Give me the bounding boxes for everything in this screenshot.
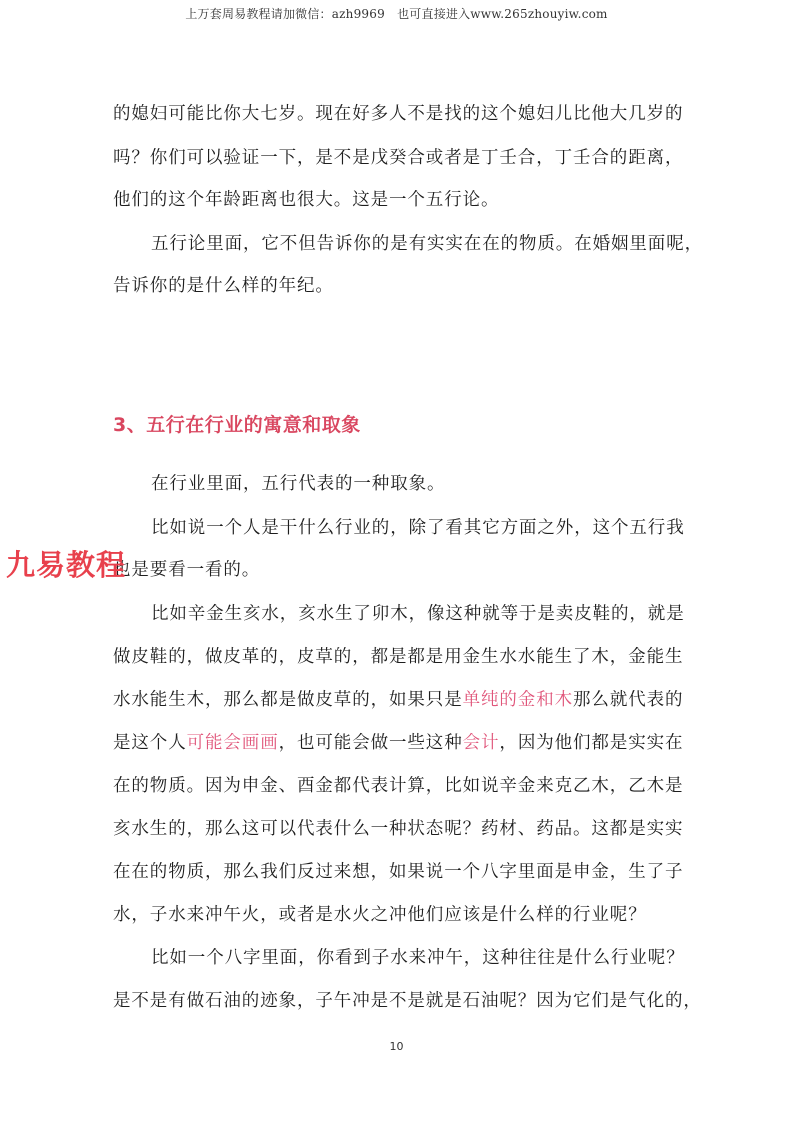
paragraph-line: 是不是有做石油的迹象，子午冲是不是就是石油呢？因为它们是气化的，: [113, 987, 702, 1012]
watermark-logo: 九易教程: [6, 543, 126, 584]
paragraph-line: 在的物质。因为申金、酉金都代表计算，比如说辛金来克乙木，乙木是: [113, 772, 683, 797]
text-segment: 水水能生木，那么都是做皮草的，如果只是: [113, 690, 463, 710]
paragraph-line: 吗？你们可以验证一下，是不是戊癸合或者是丁壬合，丁壬合的距离，: [113, 144, 683, 169]
paragraph-line: 他们的这个年龄距离也很大。这是一个五行论。: [113, 186, 499, 211]
paragraph-line: 的媳妇可能比你大七岁。现在好多人不是找的这个媳妇儿比他大几岁的: [113, 100, 683, 125]
paragraph-line: 水，子水来冲午火，或者是水火之冲他们应该是什么样的行业呢？: [113, 901, 647, 926]
paragraph-line: 亥水生的，那么这可以代表什么一种状态呢？药材、药品。这都是实实: [113, 815, 683, 840]
text-segment: 那么就代表的: [573, 690, 683, 710]
text-segment: ，也可能会做一些这种: [279, 733, 463, 753]
paragraph-line: 比如辛金生亥水，亥水生了卯木，像这种就等于是卖皮鞋的，就是: [151, 600, 685, 625]
page-header-banner: 上万套周易教程请加微信：azh9969 也可直接进入www.265zhouyiw…: [0, 5, 793, 22]
paragraph-line: 比如一个八字里面，你看到子水来冲午，这种往往是什么行业呢？: [151, 944, 685, 969]
paragraph-line: 在在的物质，那么我们反过来想，如果说一个八字里面是申金，生了子: [113, 858, 683, 883]
page-number: 10: [0, 1040, 793, 1053]
paragraph-line: 在行业里面，五行代表的一种取象。: [151, 470, 445, 495]
highlighted-text: 会计: [463, 733, 500, 753]
text-segment: ，因为他们都是实实在: [499, 733, 683, 753]
highlighted-text: 单纯的金和木: [463, 690, 573, 710]
section-heading: 3、五行在行业的寓意和取象: [113, 410, 361, 437]
paragraph-line: 告诉你的是什么样的年纪。: [113, 272, 334, 297]
highlighted-text: 可能会画画: [187, 733, 279, 753]
paragraph-line: 水水能生木，那么都是做皮草的，如果只是单纯的金和木那么就代表的: [113, 686, 683, 711]
paragraph-line: 是这个人可能会画画，也可能会做一些这种会计，因为他们都是实实在: [113, 729, 683, 754]
paragraph-line: 做皮鞋的，做皮革的，皮草的，都是都是用金生水水能生了木，金能生: [113, 643, 683, 668]
text-segment: 是这个人: [113, 733, 187, 753]
paragraph-line: 也是要看一看的。: [113, 556, 260, 581]
paragraph-line: 比如说一个人是干什么行业的，除了看其它方面之外，这个五行我: [151, 514, 685, 539]
paragraph-line: 五行论里面，它不但告诉你的是有实实在在的物质。在婚姻里面呢，: [151, 230, 703, 255]
